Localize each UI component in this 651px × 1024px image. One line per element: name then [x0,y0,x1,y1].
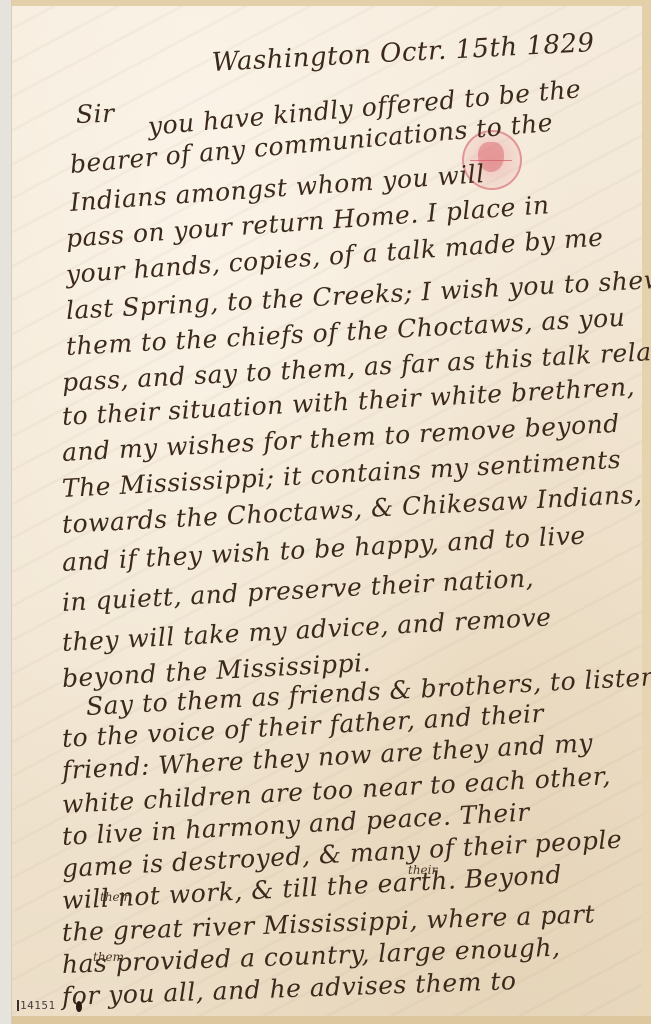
mount-strip [0,0,12,1024]
ink-blot [76,1001,82,1012]
interlinear-correction: them [93,950,124,964]
interlinear-correction: their [408,863,437,877]
catalog-number: 14151 [20,999,56,1012]
salutation: Sir [75,99,115,129]
interlinear-correction: their [100,890,129,904]
catalog-mark [17,1000,19,1011]
scan-bottom-edge [12,1016,651,1024]
